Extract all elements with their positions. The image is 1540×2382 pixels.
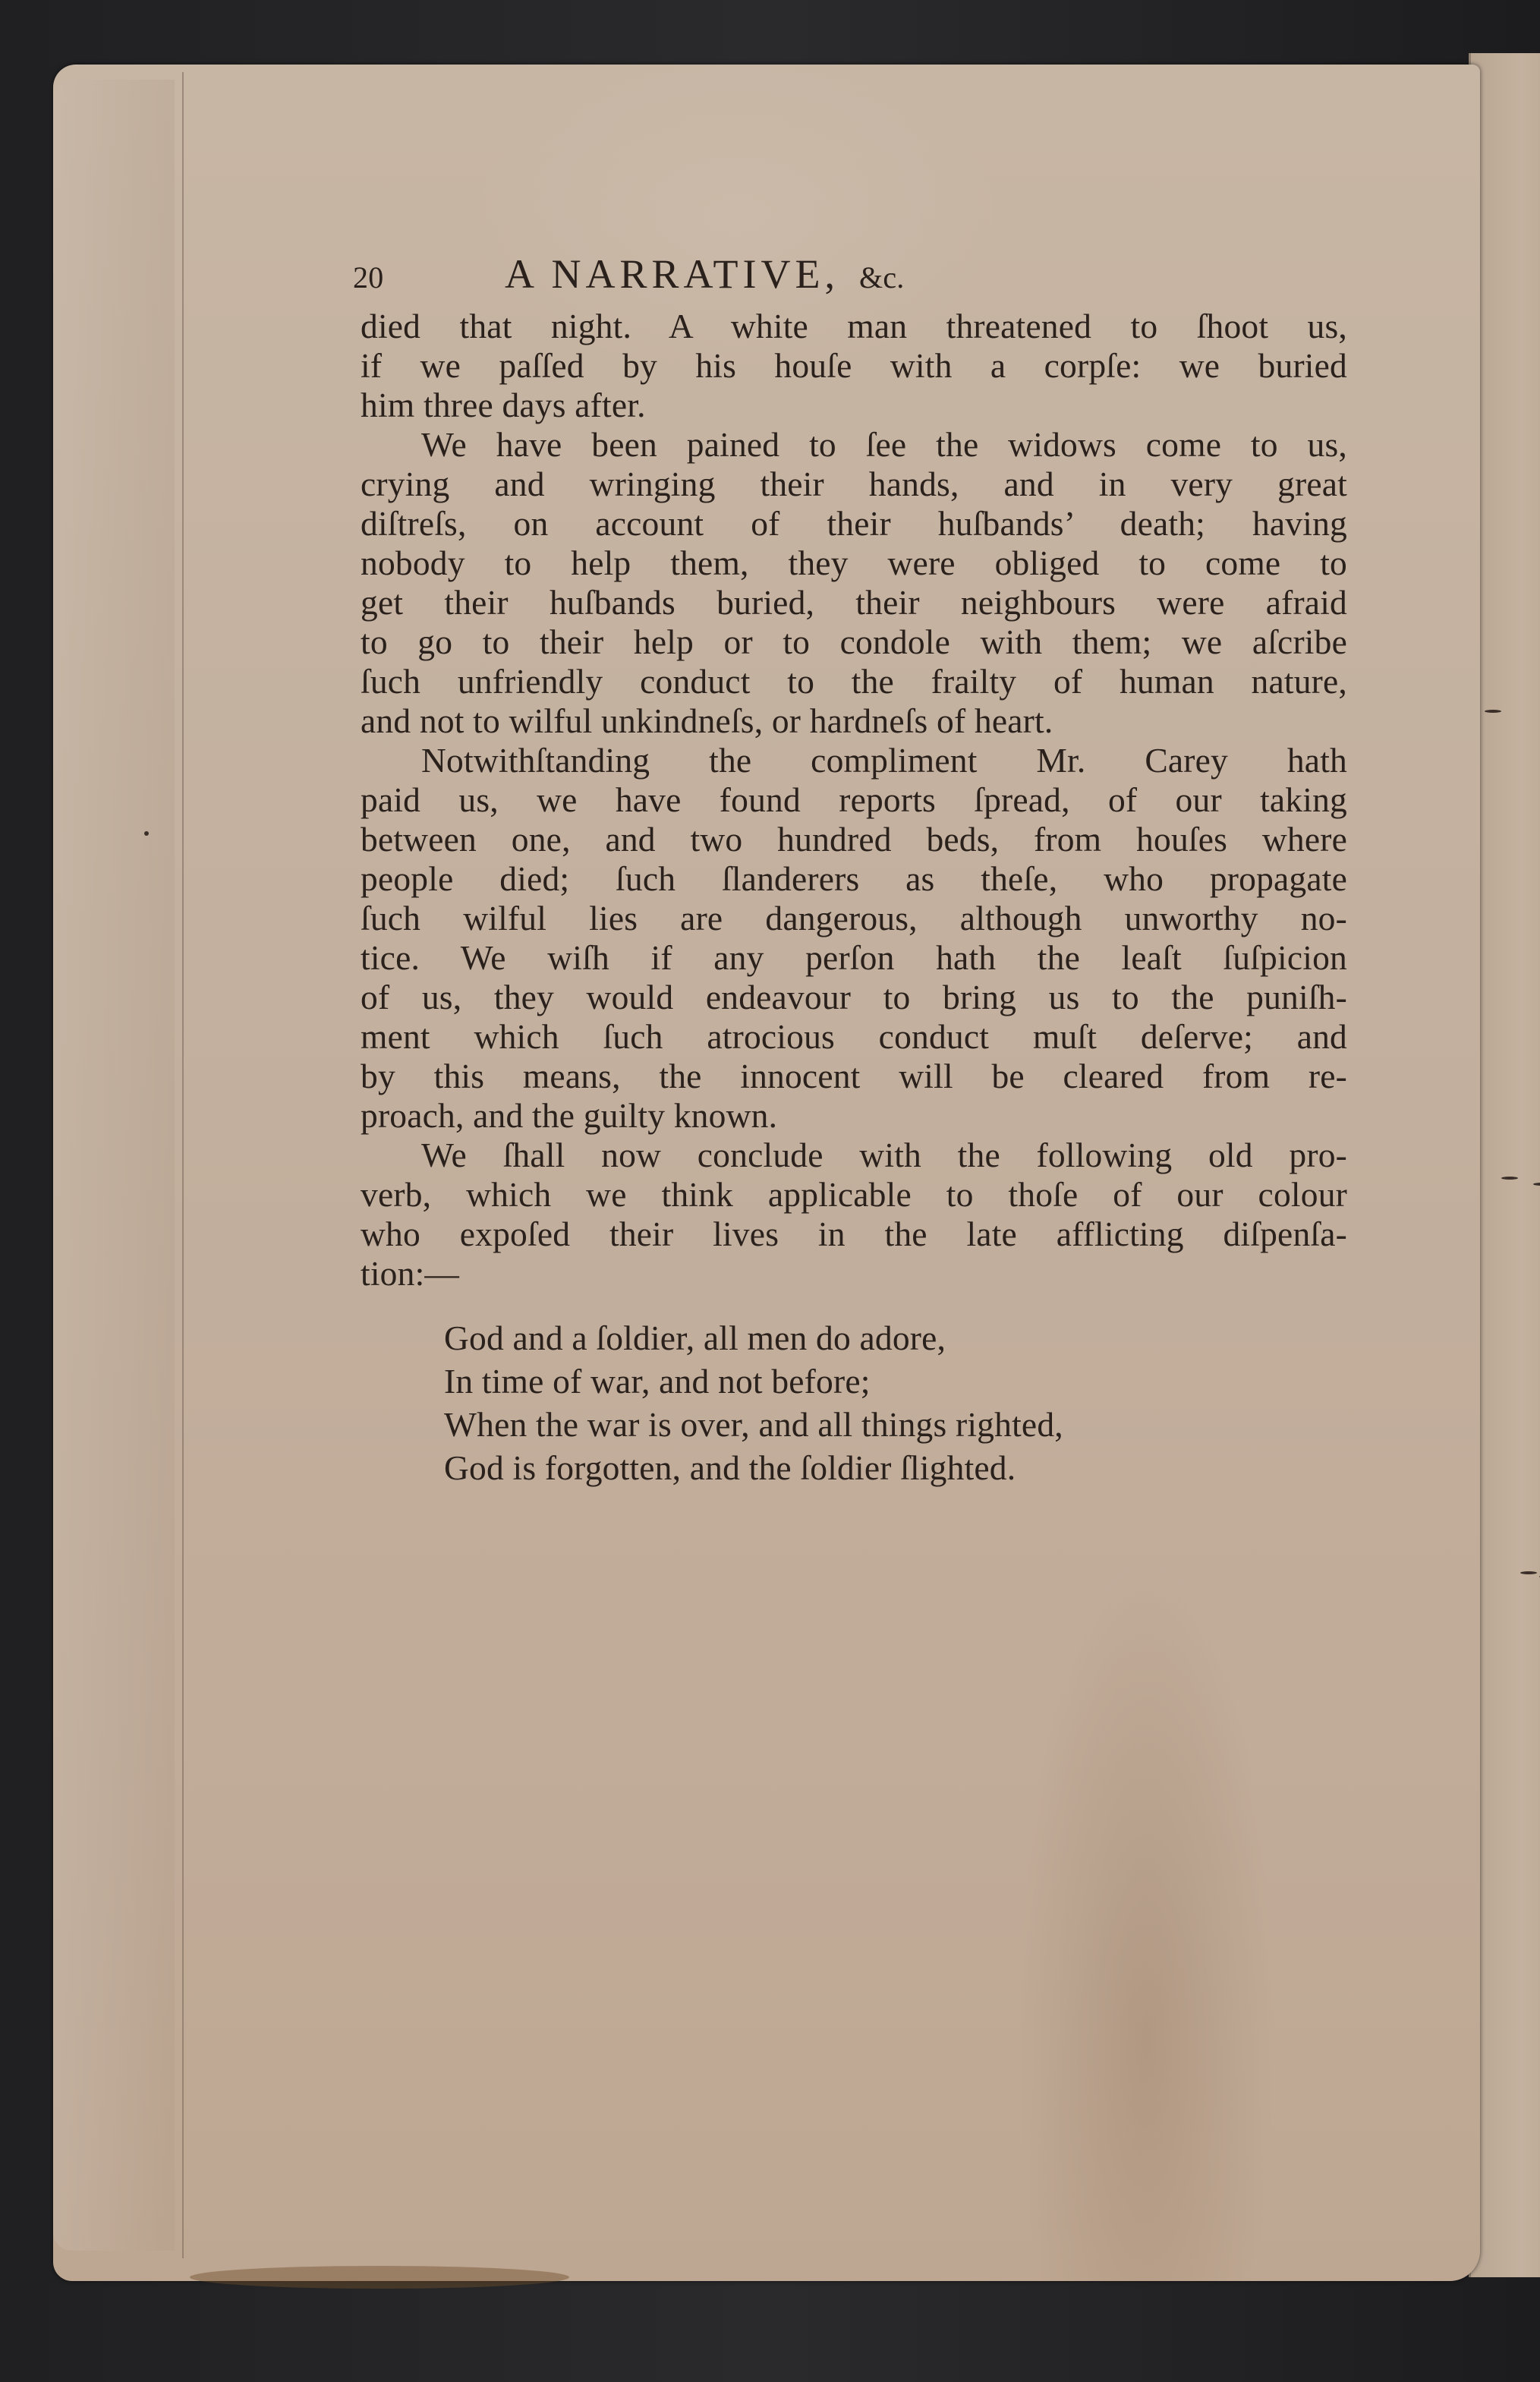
text-line: diſtreſs, on account of their huſbands’ … <box>361 504 1347 544</box>
text-line: tion:— <box>361 1254 1347 1293</box>
running-title-etc: &c. <box>859 260 904 295</box>
text-line: crying and wringing their hands, and in … <box>361 465 1347 504</box>
text-line: ſuch wilful lies are dangerous, although… <box>361 899 1347 938</box>
page-text: 20 A NARRATIVE, &c. died that night. A w… <box>361 250 1347 1489</box>
ink-speck <box>1533 1183 1540 1186</box>
text-line: tice. We wiſh if any perſon hath the lea… <box>361 938 1347 978</box>
text-line: him three days after. <box>361 386 1347 425</box>
paragraph: We have been pained to ſee the widows co… <box>361 425 1347 741</box>
text-line: of us, they would endeavour to bring us … <box>361 978 1347 1017</box>
text-line: get their huſbands buried, their neighbo… <box>361 583 1347 622</box>
margin-mark <box>144 831 149 836</box>
running-head: 20 A NARRATIVE, &c. <box>361 250 1347 304</box>
running-title: A NARRATIVE, <box>505 250 839 298</box>
ink-speck <box>1520 1571 1537 1574</box>
verse-line: God is forgotten, and the ſoldier ſlight… <box>444 1446 1347 1489</box>
text-line: proach, and the guilty known. <box>361 1096 1347 1136</box>
paragraph: We ſhall now conclude with the following… <box>361 1136 1347 1293</box>
text-line: We ſhall now conclude with the following… <box>361 1136 1347 1175</box>
text-line: to go to their help or to condole with t… <box>361 622 1347 662</box>
text-line: died that night. A white man threatened … <box>361 307 1347 346</box>
proverb-verse: God and a ſoldier, all men do adore, In … <box>361 1316 1347 1489</box>
text-line: by this means, the innocent will be clea… <box>361 1057 1347 1096</box>
text-line: paid us, we have found reports ſpread, o… <box>361 780 1347 820</box>
text-line: who expoſed their lives in the late affl… <box>361 1215 1347 1254</box>
page-number: 20 <box>353 260 505 295</box>
text-line: ſuch unfriendly conduct to the frailty o… <box>361 662 1347 701</box>
text-line: ment which ſuch atrocious conduct muſt d… <box>361 1017 1347 1057</box>
verse-line: God and a ſoldier, all men do adore, <box>444 1316 1347 1360</box>
text-line: people died; ſuch ſlanderers as theſe, w… <box>361 859 1347 899</box>
text-line: verb, which we think applicable to thoſe… <box>361 1175 1347 1215</box>
page-fold-line <box>182 72 184 2258</box>
text-line: We have been pained to ſee the widows co… <box>361 425 1347 465</box>
text-line: between one, and two hundred beds, from … <box>361 820 1347 859</box>
text-line: if we paſſed by his houſe with a corpſe:… <box>361 346 1347 386</box>
ink-speck <box>1501 1177 1518 1180</box>
verse-line: In time of war, and not before; <box>444 1360 1347 1403</box>
text-line: Notwithſtanding the compliment Mr. Carey… <box>361 741 1347 780</box>
text-line: nobody to help them, they were obliged t… <box>361 544 1347 583</box>
ink-speck <box>1485 710 1501 713</box>
text-line: and not to wilful unkindneſs, or hardneſ… <box>361 701 1347 741</box>
worn-page-edge <box>53 80 175 2251</box>
paragraph: Notwithſtanding the compliment Mr. Carey… <box>361 741 1347 1136</box>
water-stain <box>190 2266 569 2289</box>
verse-line: When the war is over, and all things rig… <box>444 1403 1347 1446</box>
paragraph: died that night. A white man threatened … <box>361 307 1347 425</box>
